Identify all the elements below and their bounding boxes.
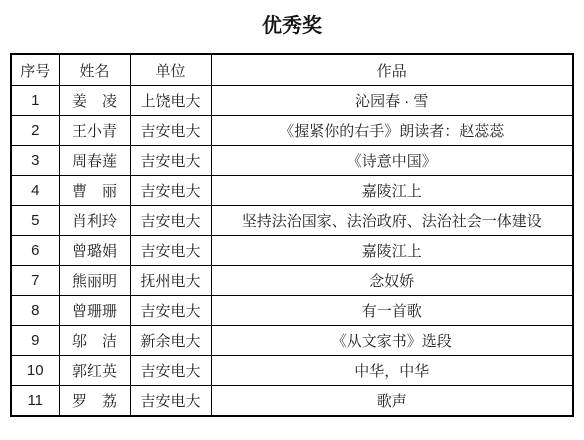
cell-no: 1	[11, 86, 59, 116]
cell-name: 周春莲	[59, 146, 130, 176]
cell-unit: 抚州电大	[130, 266, 211, 296]
table-row: 6 曾璐娟 吉安电大 嘉陵江上	[11, 236, 573, 266]
cell-work: 嘉陵江上	[211, 236, 573, 266]
cell-name: 王小青	[59, 116, 130, 146]
cell-name: 熊丽明	[59, 266, 130, 296]
header-cell-unit: 单位	[130, 54, 211, 86]
cell-no: 7	[11, 266, 59, 296]
table-row: 10 郭红英 吉安电大 中华，中华	[11, 356, 573, 386]
cell-work: 中华，中华	[211, 356, 573, 386]
cell-work: 《诗意中国》	[211, 146, 573, 176]
table-row: 7 熊丽明 抚州电大 念奴娇	[11, 266, 573, 296]
cell-unit: 吉安电大	[130, 176, 211, 206]
table-row: 4 曹 丽 吉安电大 嘉陵江上	[11, 176, 573, 206]
cell-no: 3	[11, 146, 59, 176]
cell-no: 5	[11, 206, 59, 236]
cell-work: 歌声	[211, 386, 573, 417]
cell-work: 嘉陵江上	[211, 176, 573, 206]
cell-name: 肖利玲	[59, 206, 130, 236]
cell-unit: 吉安电大	[130, 356, 211, 386]
cell-work: 念奴娇	[211, 266, 573, 296]
cell-name: 曾璐娟	[59, 236, 130, 266]
cell-unit: 吉安电大	[130, 116, 211, 146]
table-row: 8 曾珊珊 吉安电大 有一首歌	[11, 296, 573, 326]
cell-no: 9	[11, 326, 59, 356]
cell-unit: 吉安电大	[130, 236, 211, 266]
cell-name: 郭红英	[59, 356, 130, 386]
header-cell-name: 姓名	[59, 54, 130, 86]
table-body: 1 姜 凌 上饶电大 沁园春 · 雪 2 王小青 吉安电大 《握紧你的右手》朗读…	[11, 86, 573, 417]
cell-no: 8	[11, 296, 59, 326]
cell-unit: 吉安电大	[130, 146, 211, 176]
table-row: 11 罗 荔 吉安电大 歌声	[11, 386, 573, 417]
document-page: 优秀奖 序号 姓名 单位 作品 1 姜 凌 上饶电大 沁园春 · 雪 2 王小青…	[0, 0, 584, 440]
cell-work: 沁园春 · 雪	[211, 86, 573, 116]
table-row: 5 肖利玲 吉安电大 坚持法治国家、法治政府、法治社会一体建设	[11, 206, 573, 236]
cell-work: 坚持法治国家、法治政府、法治社会一体建设	[211, 206, 573, 236]
header-cell-work: 作品	[211, 54, 573, 86]
cell-no: 4	[11, 176, 59, 206]
cell-unit: 吉安电大	[130, 296, 211, 326]
cell-name: 邬 洁	[59, 326, 130, 356]
cell-work: 《握紧你的右手》朗读者：赵蕊蕊	[211, 116, 573, 146]
cell-work: 有一首歌	[211, 296, 573, 326]
table-row: 1 姜 凌 上饶电大 沁园春 · 雪	[11, 86, 573, 116]
table-row: 9 邬 洁 新余电大 《从文家书》选段	[11, 326, 573, 356]
cell-name: 罗 荔	[59, 386, 130, 417]
cell-no: 10	[11, 356, 59, 386]
cell-name: 曹 丽	[59, 176, 130, 206]
cell-unit: 新余电大	[130, 326, 211, 356]
cell-unit: 吉安电大	[130, 386, 211, 417]
cell-name: 曾珊珊	[59, 296, 130, 326]
cell-unit: 吉安电大	[130, 206, 211, 236]
cell-no: 2	[11, 116, 59, 146]
cell-name: 姜 凌	[59, 86, 130, 116]
table-header-row: 序号 姓名 单位 作品	[11, 54, 573, 86]
cell-no: 11	[11, 386, 59, 417]
table-row: 2 王小青 吉安电大 《握紧你的右手》朗读者：赵蕊蕊	[11, 116, 573, 146]
table-row: 3 周春莲 吉安电大 《诗意中国》	[11, 146, 573, 176]
cell-work: 《从文家书》选段	[211, 326, 573, 356]
cell-unit: 上饶电大	[130, 86, 211, 116]
page-title: 优秀奖	[0, 0, 584, 38]
cell-no: 6	[11, 236, 59, 266]
header-cell-no: 序号	[11, 54, 59, 86]
awards-table: 序号 姓名 单位 作品 1 姜 凌 上饶电大 沁园春 · 雪 2 王小青 吉安电…	[10, 53, 574, 417]
